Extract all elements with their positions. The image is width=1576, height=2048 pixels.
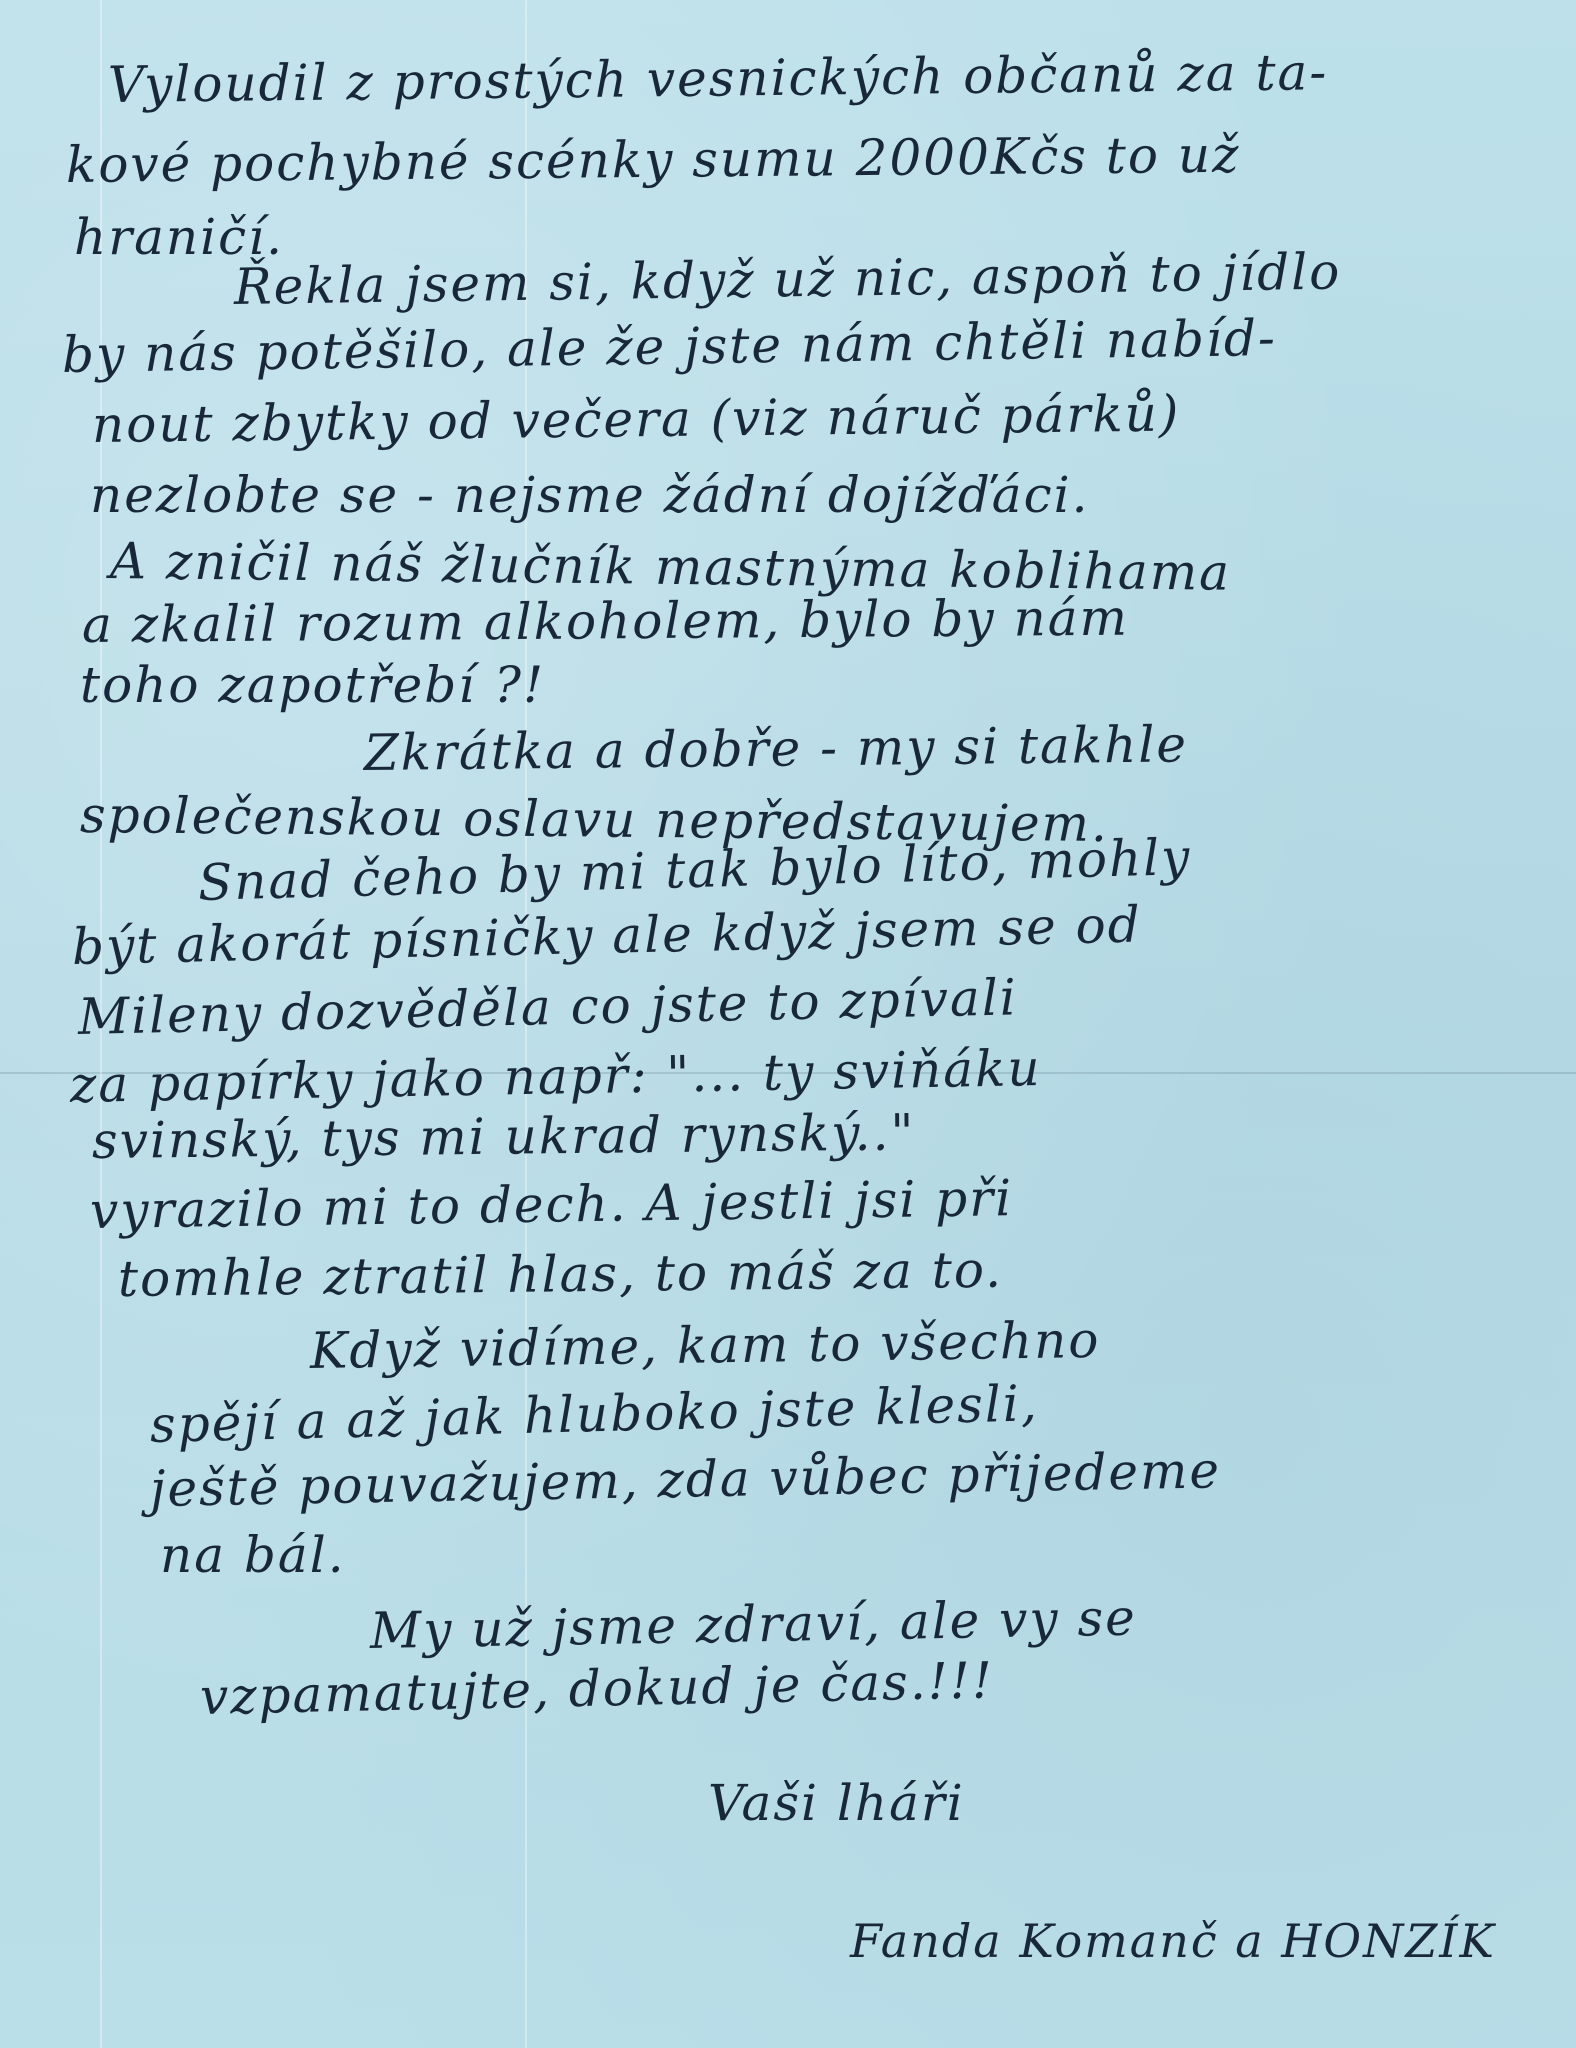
letter-line: vyrazilo mi to dech. A jestli jsi při (90, 1173, 1014, 1236)
letter-line: Když vidíme, kam to všechno (310, 1315, 1101, 1376)
letter-line: a zkalil rozum alkoholem, bylo by nám (82, 593, 1129, 650)
letter-line: vzpamatujte, dokud je čas.!!! (199, 1655, 994, 1722)
letter-line: ještě pouvažujem, zda vůbec přijedeme (150, 1445, 1222, 1514)
letter-signature: Fanda Komanč a HONZÍK (850, 1918, 1496, 1964)
letter-line: nout zbytky od večera (viz náruč párků) (92, 389, 1181, 450)
letter-line: Řekla jsem si, když už nic, aspoň to jíd… (234, 247, 1342, 312)
letter-line: by nás potěšilo, ale že jste nám chtěli … (62, 313, 1277, 380)
letter-line: tomhle ztratil hlas, to máš za to. (118, 1245, 1003, 1304)
letter-line: toho zapotřebí ?! (80, 660, 545, 710)
letter-line: svinský, tys mi ukrad rynský.." (92, 1107, 916, 1166)
letter-line: Zkrátka a dobře - my si takhle (364, 719, 1188, 778)
letter-line: My už jsme zdraví, ale vy se (370, 1593, 1138, 1656)
letter-line: nezlobte se - nejsme žádní dojížďáci. (90, 470, 1090, 520)
letter-line: Vyloudil z prostých vesnických občanů za… (108, 47, 1329, 110)
letter-line: na bál. (160, 1530, 346, 1580)
letter-line: Mileny dozvěděla co jste to zpívali (77, 972, 1018, 1042)
letter-line: kové pochybné scénky sumu 2000Kčs to už (66, 130, 1241, 190)
letter-line: hraničí. (74, 212, 284, 262)
letter-page: Vyloudil z prostých vesnických občanů za… (0, 0, 1576, 2048)
letter-closing: Vaši lháři (708, 1778, 965, 1828)
letter-line: spějí a až jak hluboko jste klesli, (149, 1378, 1039, 1450)
letter-line: za papírky jako např: "... ty sviňáku (70, 1043, 1042, 1110)
